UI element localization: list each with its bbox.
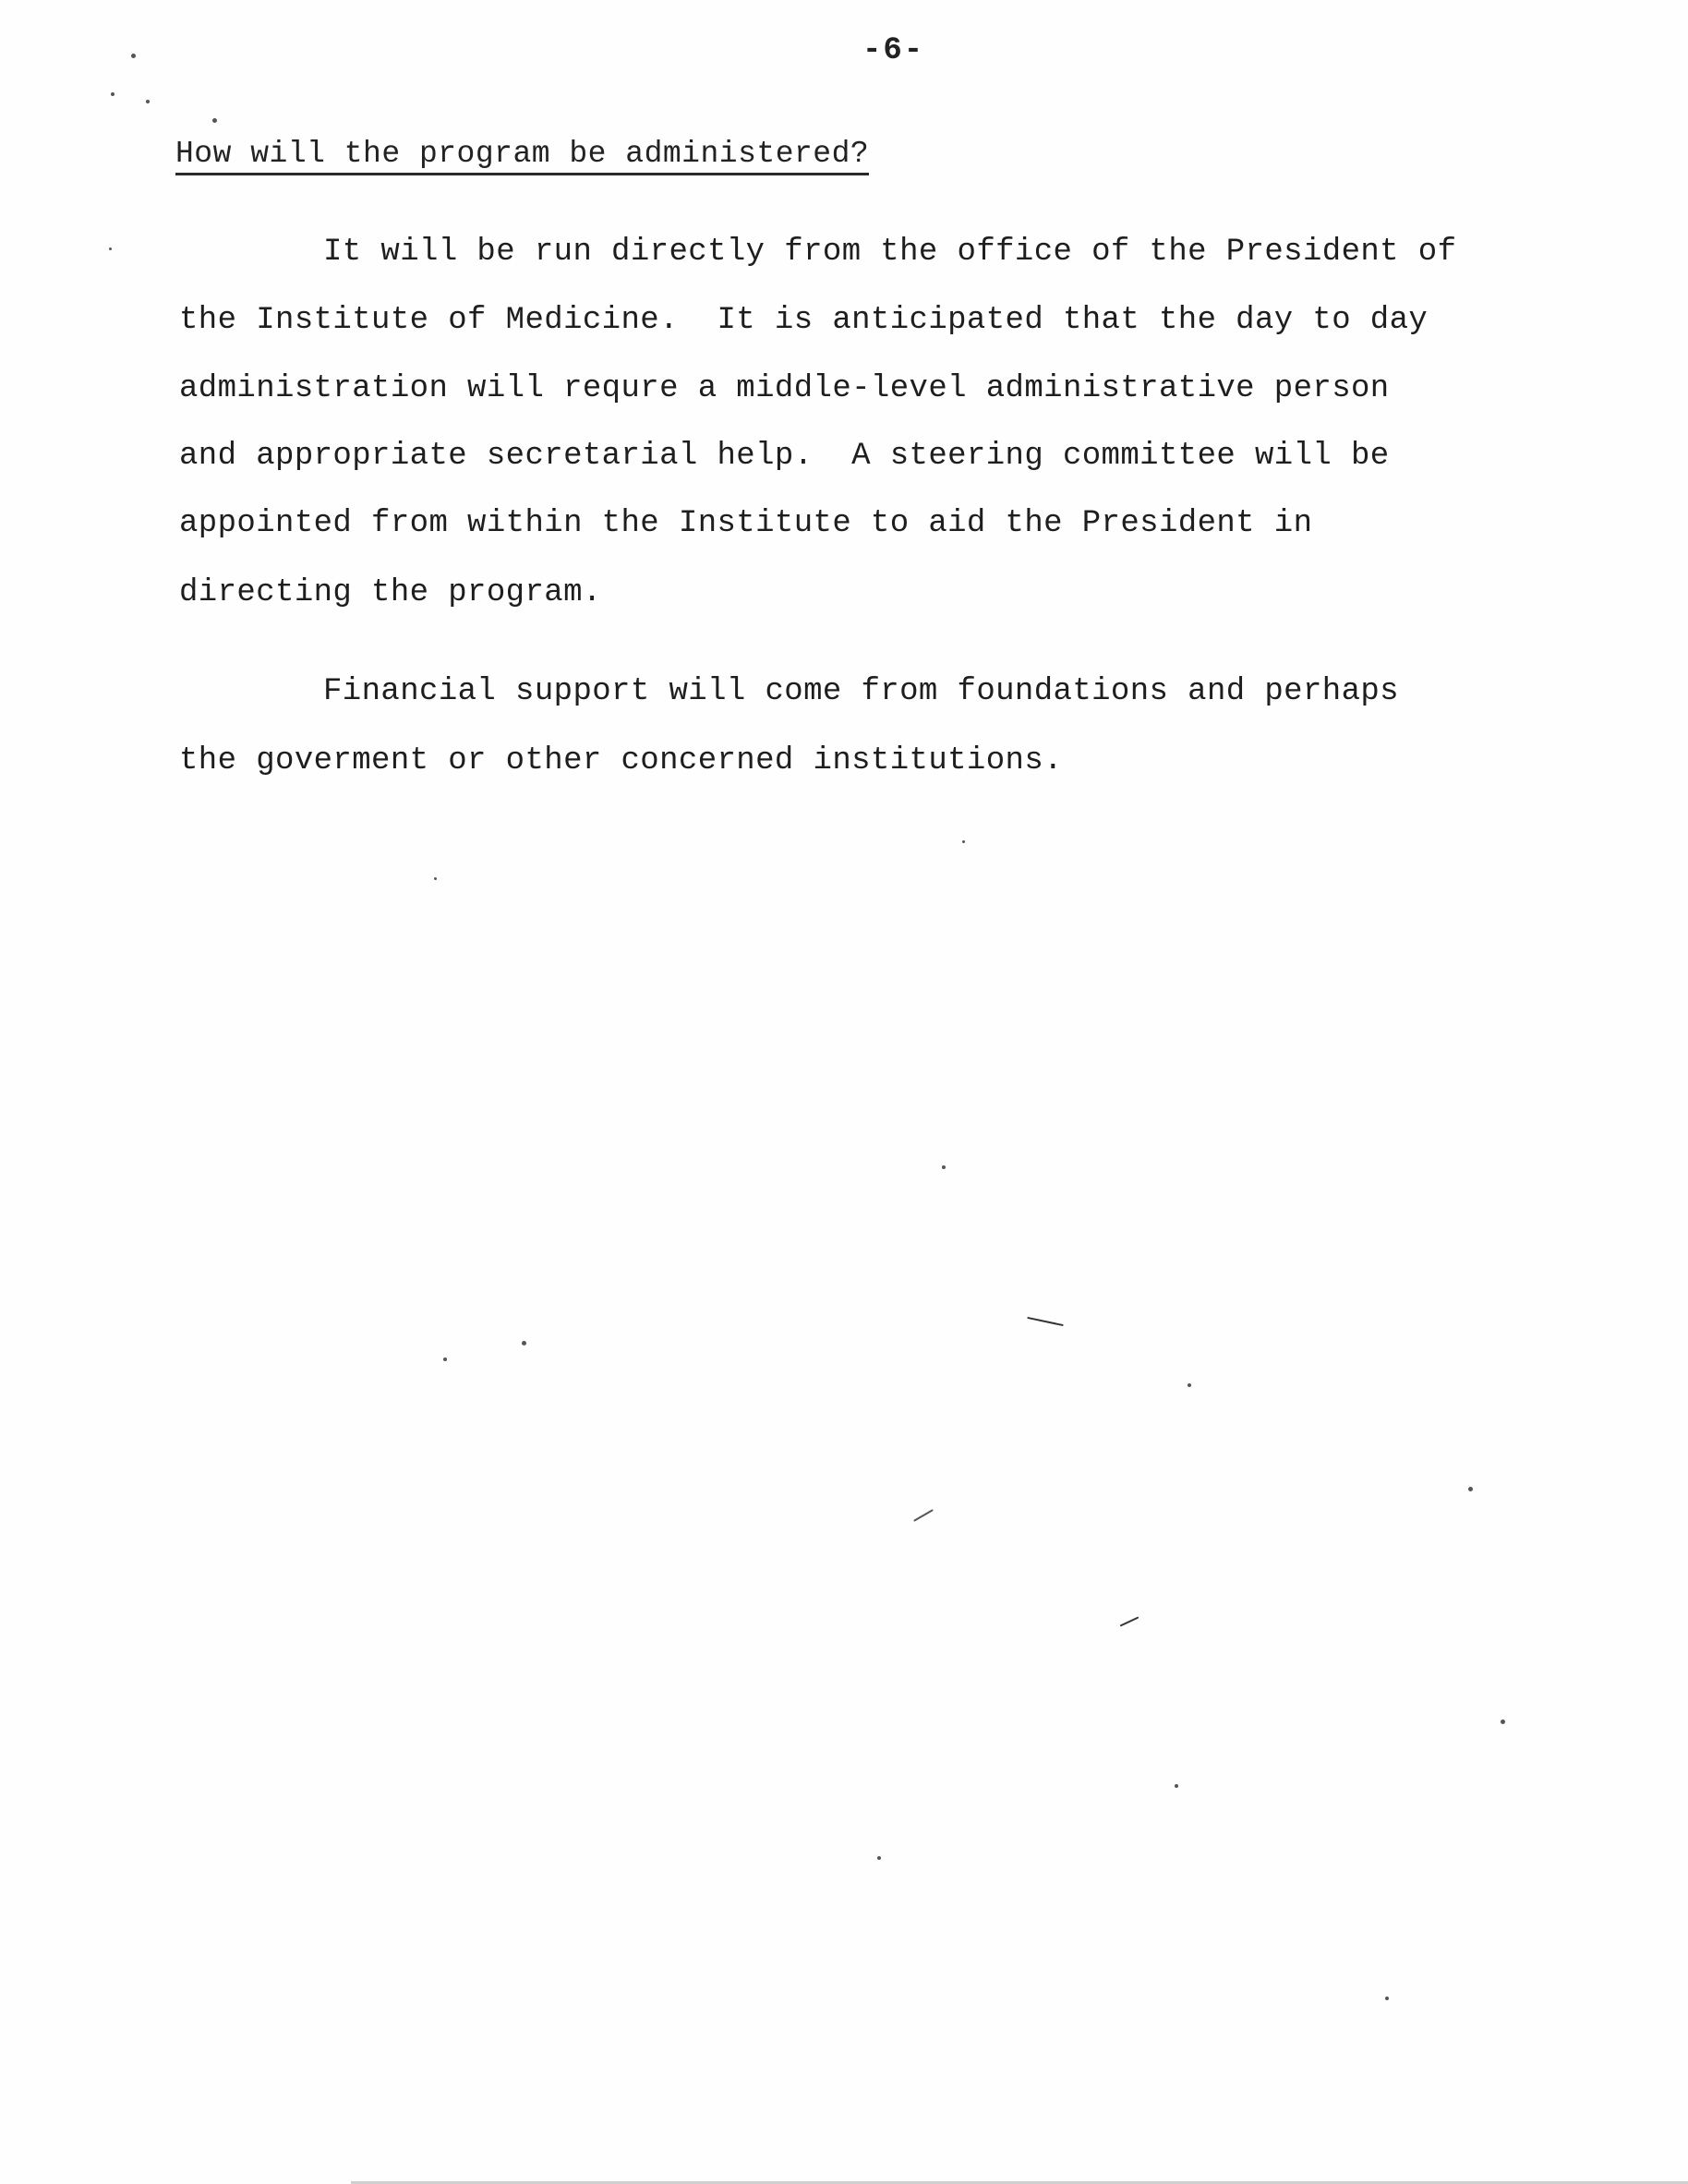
paragraph-line: administration will requre a middle-leve… — [179, 371, 1390, 406]
speck — [877, 1856, 881, 1860]
speck — [1501, 1719, 1505, 1724]
speck — [131, 54, 136, 58]
speck — [434, 877, 437, 880]
paragraph-line: and appropriate secretarial help. A stee… — [179, 439, 1390, 474]
speck — [1385, 1997, 1389, 2000]
document-page: -6- How will the program be administered… — [0, 0, 1688, 2184]
scan-mark — [913, 1509, 934, 1522]
scan-mark — [1027, 1317, 1064, 1326]
page-number: -6- — [862, 33, 924, 68]
speck — [962, 840, 965, 843]
speck — [146, 100, 150, 103]
speck — [522, 1341, 526, 1345]
speck — [1175, 1784, 1178, 1788]
speck — [109, 247, 112, 250]
speck — [942, 1165, 946, 1169]
paragraph-line: the Institute of Medicine. It is anticip… — [179, 303, 1428, 338]
speck — [212, 118, 217, 123]
speck — [1188, 1383, 1191, 1387]
paragraph-line: Financial support will come from foundat… — [323, 674, 1399, 709]
scan-mark — [1120, 1616, 1139, 1626]
speck — [443, 1357, 447, 1361]
paragraph-line: appointed from within the Institute to a… — [179, 506, 1312, 541]
section-heading: How will the program be administered? — [175, 137, 869, 175]
paragraph-line: directing the program. — [179, 575, 602, 610]
speck — [111, 92, 115, 96]
speck — [1468, 1487, 1473, 1491]
paragraph-line: It will be run directly from the office … — [323, 235, 1456, 270]
paragraph-line: the goverment or other concerned institu… — [179, 743, 1063, 778]
